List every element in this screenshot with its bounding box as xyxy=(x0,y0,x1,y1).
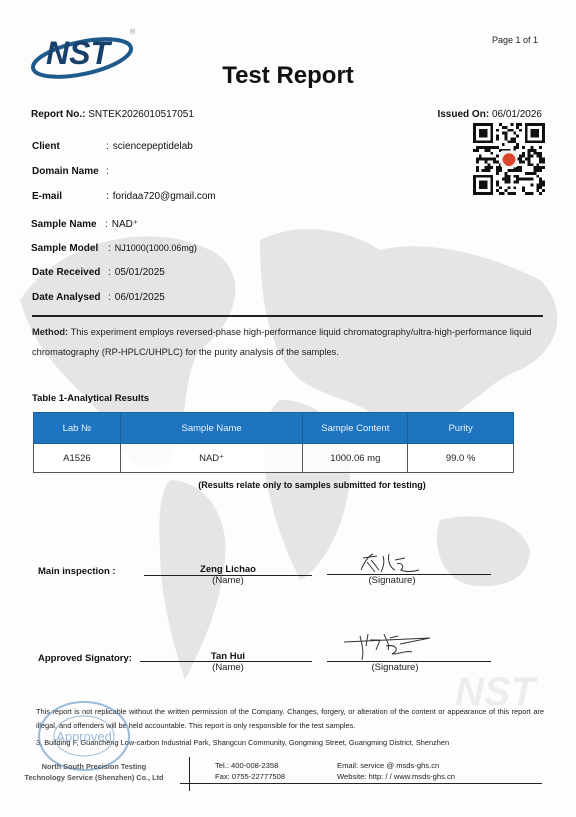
page-title: Test Report xyxy=(0,62,576,90)
client-label: Client xyxy=(32,141,104,152)
tel-text: Tel.: 400-008-2358 xyxy=(215,760,285,771)
email-link[interactable]: Email: service @ msds-ghs.cn xyxy=(337,760,455,771)
cell-sample-content: 1000.06 mg xyxy=(303,444,408,473)
client-row: Client : sciencepeptidelab xyxy=(32,141,193,152)
date-analysed-value: 06/01/2025 xyxy=(115,292,165,303)
domain-row: Domain Name : xyxy=(32,166,113,177)
column-header-sample-name: Sample Name xyxy=(120,413,303,444)
company-name-line2: Technology Service (Shenzhen) Co., Ltd xyxy=(24,772,164,783)
table-header-row: Lab № Sample Name Sample Content Purity xyxy=(34,413,514,444)
sample-model-value: NJ1000(1000.06mg) xyxy=(115,243,197,253)
approved-signatory-label: Approved Signatory: xyxy=(38,653,132,664)
method-label: Method: xyxy=(32,327,68,337)
table-caption: Table 1-Analytical Results xyxy=(32,393,149,404)
column-header-sample-content: Sample Content xyxy=(303,413,408,444)
results-note: (Results relate only to samples submitte… xyxy=(0,480,576,490)
email-row: E-mail : foridaa720@gmail.com xyxy=(32,191,216,202)
results-table: Lab № Sample Name Sample Content Purity … xyxy=(33,412,514,473)
method-text: This experiment employs reversed-phase h… xyxy=(32,327,532,357)
signature-zeng-lichao xyxy=(355,550,425,576)
fax-text: Fax: 0755-22777508 xyxy=(215,771,285,782)
footer-divider-horizontal xyxy=(180,783,542,784)
method-paragraph: Method: This experiment employs reversed… xyxy=(32,322,544,362)
issued-label: Issued On: xyxy=(437,109,489,120)
page-indicator: Page 1 of 1 xyxy=(492,35,538,45)
email-value: foridaa720@gmail.com xyxy=(113,191,216,202)
contact-web-column: Email: service @ msds-ghs.cn Website: ht… xyxy=(337,760,455,782)
name-caption: (Name) xyxy=(144,575,312,586)
table-row: A1526 NAD⁺ 1000.06 mg 99.0 % xyxy=(34,444,514,473)
cell-sample-name: NAD⁺ xyxy=(120,444,303,473)
svg-text:®: ® xyxy=(130,28,136,36)
company-name: North South Precision Testing Technology… xyxy=(24,761,164,783)
cell-lab-no: A1526 xyxy=(34,444,121,473)
contact-phone-column: Tel.: 400-008-2358 Fax: 0755-22777508 xyxy=(215,760,285,782)
date-analysed-row: Date Analysed : 06/01/2025 xyxy=(32,292,165,303)
qr-code-icon[interactable] xyxy=(473,123,545,195)
email-label: E-mail xyxy=(32,191,104,202)
main-inspection-name: Zeng Lichao xyxy=(144,564,312,575)
footer-divider-vertical xyxy=(189,757,190,791)
cell-purity: 99.0 % xyxy=(408,444,514,473)
date-analysed-label: Date Analysed xyxy=(32,292,106,303)
signature-caption: (Signature) xyxy=(335,662,455,673)
report-no-value: SNTEK2026010517051 xyxy=(88,109,194,120)
website-link[interactable]: Website: http: / / www.msds-ghs.cn xyxy=(337,771,455,782)
section-divider xyxy=(32,315,543,317)
sample-name-row: Sample Name : NAD⁺ xyxy=(31,219,138,230)
issued-value: 06/01/2026 xyxy=(492,109,542,120)
domain-label: Domain Name xyxy=(32,166,104,177)
report-no-label: Report No.: xyxy=(31,109,85,120)
date-received-value: 05/01/2025 xyxy=(115,267,165,278)
signature-tan-hui xyxy=(340,630,440,662)
sample-name-label: Sample Name xyxy=(31,219,103,230)
sample-model-label: Sample Model xyxy=(31,243,106,254)
main-inspection-label: Main inspection : xyxy=(38,566,116,577)
name-caption: (Name) xyxy=(144,662,312,673)
date-received-row: Date Received : 05/01/2025 xyxy=(32,267,165,278)
issued-date: Issued On: 06/01/2026 xyxy=(437,109,542,120)
svg-text:Approved: Approved xyxy=(56,729,112,744)
column-header-lab-no: Lab № xyxy=(34,413,121,444)
client-value: sciencepeptidelab xyxy=(113,141,193,152)
sample-model-row: Sample Model : NJ1000(1000.06mg) xyxy=(31,243,197,254)
company-name-line1: North South Precision Testing xyxy=(24,761,164,772)
signature-caption: (Signature) xyxy=(327,575,457,586)
report-number: Report No.: SNTEK2026010517051 xyxy=(31,109,194,120)
date-received-label: Date Received xyxy=(32,267,106,278)
sample-name-value: NAD⁺ xyxy=(112,219,138,230)
column-header-purity: Purity xyxy=(408,413,514,444)
